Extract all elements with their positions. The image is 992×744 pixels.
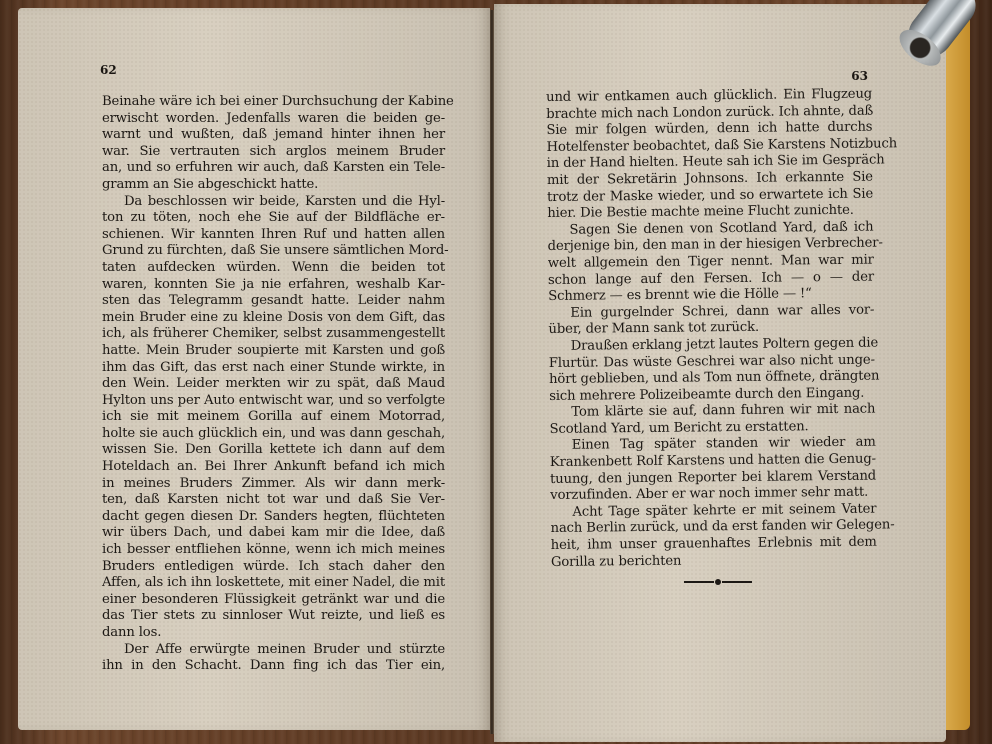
ornament-right-rule: [722, 581, 752, 583]
text-line: ich sie mit meinem Gorilla auf einem Mot…: [102, 409, 445, 426]
text-line: ihm das Gift, das erst nach einer Stunde…: [102, 360, 445, 377]
text-line: Grund zu fürchten, daß Sie unsere sämtli…: [102, 243, 445, 260]
text-line: Bruders entledigen würde. Ich stach dahe…: [102, 559, 445, 576]
text-line: war. Sie vertrauten sich arglos meinem B…: [102, 144, 445, 161]
text-line: in meines Bruders Zimmer. Als wir dann m…: [102, 476, 445, 493]
page-number-left: 62: [100, 63, 117, 77]
text-line: holte sie auch glücklich ein, und was da…: [102, 426, 445, 443]
text-line: schienen. Wir kannten Ihren Ruf und hatt…: [102, 227, 445, 244]
text-line: wissen Sie. Den Gorilla kettete ich dann…: [102, 442, 445, 459]
ornament-center-dot: [715, 579, 721, 585]
text-line: erwischt worden. Jedenfalls waren die be…: [102, 111, 445, 128]
text-line: Gorilla zu berichten: [551, 551, 877, 571]
right-page-text: und wir entkamen auch glücklich. Ein Flu…: [546, 87, 877, 572]
text-line: an, und so erfuhren wir auch, daß Karste…: [102, 160, 445, 177]
text-line: taten aufdecken würden. Wenn die beiden …: [102, 260, 445, 277]
text-line: heit, ihm unser grauenhaftes Erlebnis mi…: [551, 535, 877, 555]
text-line: den Wein. Leider merkten wir zu spät, da…: [102, 376, 445, 393]
text-line: warnt und wußten, daß jemand hinter ihne…: [102, 127, 445, 144]
text-line: wir übers Dach, und dabei kam mir die Id…: [102, 525, 445, 542]
right-page: 63 und wir entkamen auch glücklich. Ein …: [494, 4, 946, 742]
text-line: Da beschlossen wir beide, Karsten und di…: [102, 194, 445, 211]
text-line: hatte. Mein Bruder soupierte mit Karsten…: [102, 343, 445, 360]
text-line: sten das Telegramm gesandt hatte. Leider…: [102, 293, 445, 310]
text-line: Hylton uns per Auto entwischt war, und s…: [102, 393, 445, 410]
text-line: ich, als früherer Chemiker, selbst zusam…: [102, 326, 445, 343]
text-line: Affen, als ich ihn loskettete, mit einer…: [102, 575, 445, 592]
text-line: ton zu töten, noch ehe Sie auf der Bildf…: [102, 210, 445, 227]
ornament-left-rule: [684, 581, 714, 583]
text-line: Hoteldach an. Bei Ihrer Ankunft befand i…: [102, 459, 445, 476]
text-line: mein Bruder eine zu kleine Dosis von dem…: [102, 310, 445, 327]
text-line: dann los.: [102, 625, 445, 642]
end-of-chapter-ornament: [684, 579, 752, 585]
text-line: ten, daß Karsten nicht tot war und daß S…: [102, 492, 445, 509]
text-line: ihn in den Schacht. Dann fing ich das Ti…: [102, 658, 445, 675]
text-line: Tom klärte sie auf, dann fuhren wir mit …: [549, 402, 875, 422]
text-line: das Tier stets zu sinnloser Wut reizte, …: [102, 608, 445, 625]
text-line: Beinahe wäre ich bei einer Durchsuchung …: [102, 94, 445, 111]
text-line: gramm an Sie abgeschickt hatte.: [102, 177, 445, 194]
text-line: waren, konnten Sie ja nie erfahren, wesh…: [102, 277, 445, 294]
left-page: 62 Beinahe wäre ich bei einer Durchsuchu…: [18, 8, 490, 730]
text-line: dacht gegen diesen Dr. Sanders hegten, f…: [102, 509, 445, 526]
text-line: einer besonderen Flüssigkeit getränkt wa…: [102, 592, 445, 609]
text-line: ich besser entfliehen könne, wenn ich mi…: [102, 542, 445, 559]
page-number-right: 63: [851, 69, 868, 83]
left-page-text: Beinahe wäre ich bei einer Durchsuchung …: [102, 94, 445, 675]
text-line: Der Affe erwürgte meinen Bruder und stür…: [102, 642, 445, 659]
